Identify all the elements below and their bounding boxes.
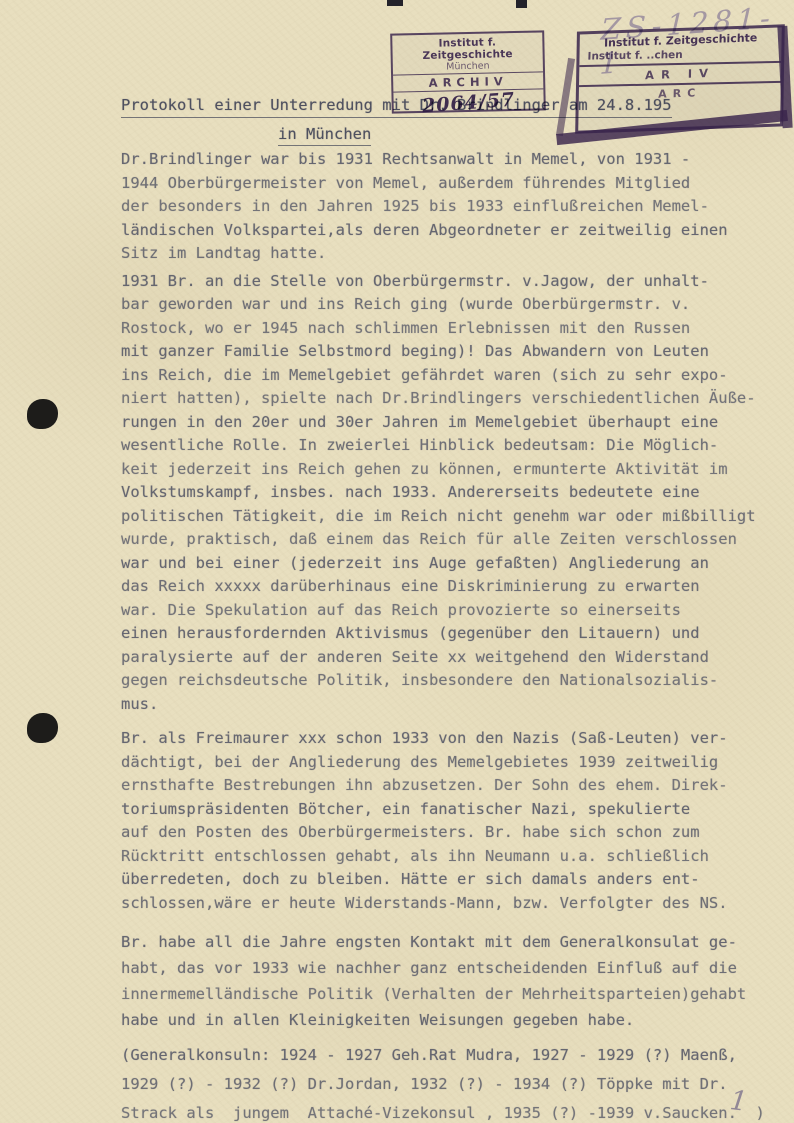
text-line: toriumspräsidenten Bötcher, ein fanatisc… (121, 798, 786, 822)
archive-stamp-right: Institut f. Zeitgeschichte Institut f. .… (556, 24, 792, 142)
text-line: niert hatten), spielte nach Dr.Brindling… (121, 387, 786, 411)
text-line: mit ganzer Familie Selbstmord beging)! D… (121, 340, 786, 364)
text-line: Sitz im Landtag hatte. (121, 242, 786, 266)
paragraph: (Generalkonsuln: 1924 - 1927 Geh.Rat Mud… (121, 1041, 786, 1123)
text-line: wesentliche Rolle. In zweierlei Hinblick… (121, 434, 786, 458)
text-line: ernsthafte Bestrebungen ihn abzusetzen. … (121, 774, 786, 798)
text-line: politischen Tätigkeit, die im Reich nich… (121, 505, 786, 529)
scanned-document-page: ZS-1281-1 Protokoll einer Unterredung mi… (0, 0, 794, 1123)
text-line: der besonders in den Jahren 1925 bis 193… (121, 195, 786, 219)
text-line: Rostock, wo er 1945 nach schlimmen Erleb… (121, 317, 786, 341)
text-line: habe und in allen Kleinigkeiten Weisunge… (121, 1007, 786, 1033)
stamp-institution-label: Institut f. Zeitgeschichte (392, 35, 542, 62)
text-line: Dr.Brindlinger war bis 1931 Rechtsanwalt… (121, 148, 786, 172)
hole-punch-dot-top (27, 399, 58, 429)
text-line: dächtigt, bei der Angliederung des Memel… (121, 751, 786, 775)
document-title-line2: in München (278, 125, 371, 146)
stamp-ink-smear (556, 58, 575, 136)
paragraph: Br. habe all die Jahre engsten Kontakt m… (121, 929, 786, 1033)
text-line: mus. (121, 693, 786, 717)
text-line: 1931 Br. an die Stelle von Oberbürgermst… (121, 270, 786, 294)
text-line: habt, das vor 1933 wie nachher ganz ents… (121, 955, 786, 981)
text-line: Br. als Freimaurer xxx schon 1933 von de… (121, 727, 786, 751)
archive-stamp-left: Institut f. Zeitgeschichte München ARCHI… (390, 30, 546, 113)
text-line: wurde, praktisch, daß einem das Reich fü… (121, 528, 786, 552)
text-line: ländischen Volkspartei,als deren Abgeord… (121, 219, 786, 243)
text-line: (Generalkonsuln: 1924 - 1927 Geh.Rat Mud… (121, 1041, 786, 1070)
text-line: war und bei einer (jederzeit ins Auge ge… (121, 552, 786, 576)
text-line: Rücktritt entschlossen gehabt, als ihn N… (121, 845, 786, 869)
text-line: war. Die Spekulation auf das Reich provo… (121, 599, 786, 623)
text-line: Br. habe all die Jahre engsten Kontakt m… (121, 929, 786, 955)
text-line: das Reich xxxxx darüberhinaus eine Diskr… (121, 575, 786, 599)
text-line: paralysierte auf der anderen Seite xx we… (121, 646, 786, 670)
text-line: ins Reich, die im Memelgebiet gefährdet … (121, 364, 786, 388)
scan-edge-mark-2 (516, 0, 527, 8)
text-line: einen herausfordernden Aktivismus (gegen… (121, 622, 786, 646)
text-line: überredeten, doch zu bleiben. Hätte er s… (121, 868, 786, 892)
document-body: Dr.Brindlinger war bis 1931 Rechtsanwalt… (121, 148, 786, 1123)
text-line: rungen in den 20er und 30er Jahren im Me… (121, 411, 786, 435)
text-line: innermemelländische Politik (Verhalten d… (121, 981, 786, 1007)
stamp-institution-label-smeared: Institut f. ..chen (579, 47, 781, 63)
text-line: keit jederzeit ins Reich gehen zu können… (121, 458, 786, 482)
text-line: 1929 (?) - 1932 (?) Dr.Jordan, 1932 (?) … (121, 1070, 786, 1099)
text-line: gegen reichsdeutsche Politik, insbesonde… (121, 669, 786, 693)
text-line: 1944 Oberbürgermeister von Memel, außerd… (121, 172, 786, 196)
text-line: Volkstumskampf, insbes. nach 1933. Ander… (121, 481, 786, 505)
text-line: auf den Posten des Oberbürgermeisters. B… (121, 821, 786, 845)
hole-punch-dot-bottom (27, 713, 58, 743)
paragraph: Dr.Brindlinger war bis 1931 Rechtsanwalt… (121, 148, 786, 266)
scan-edge-mark-1 (387, 0, 403, 6)
text-line: bar geworden war und ins Reich ging (wur… (121, 293, 786, 317)
paragraph: Br. als Freimaurer xxx schon 1933 von de… (121, 727, 786, 915)
paragraph: 1931 Br. an die Stelle von Oberbürgermst… (121, 270, 786, 717)
text-line: Strack als jungem Attaché-Vizekonsul , 1… (121, 1099, 786, 1123)
text-line: schlossen,wäre er heute Widerstands-Mann… (121, 892, 786, 916)
